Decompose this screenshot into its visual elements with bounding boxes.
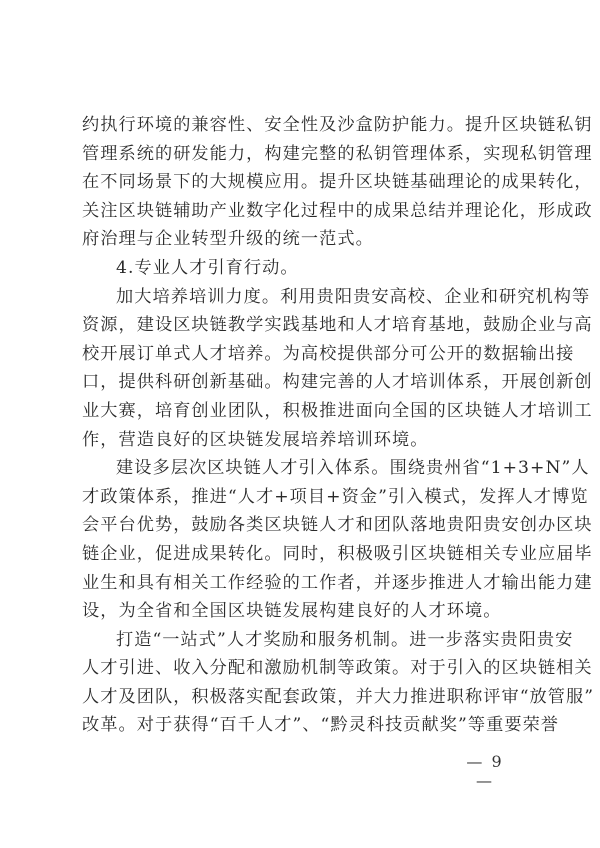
text-line: 链企业，促进成果转化。同时，积极吸引区块链相关专业应届毕 bbox=[82, 540, 518, 569]
body-text: 约执行环境的兼容性、安全性及沙盒防护能力。提升区块链私钥管理系统的研发能力，构建… bbox=[82, 111, 518, 740]
text-line: 校开展订单式人才培养。为高校提供部分可公开的数据输出接 bbox=[82, 340, 518, 369]
document-page: 约执行环境的兼容性、安全性及沙盒防护能力。提升区块链私钥管理系统的研发能力，构建… bbox=[0, 0, 600, 848]
paragraph-first-line: 建设多层次区块链人才引入体系。围绕贵州省“1+3+N”人 bbox=[82, 454, 518, 483]
text-line: 业大赛，培育创业团队，积极推进面向全国的区块链人才培训工 bbox=[82, 397, 518, 426]
text-line: 府治理与企业转型升级的统一范式。 bbox=[82, 225, 518, 254]
paragraph-first-line: 4.专业人才引育行动。 bbox=[82, 254, 518, 283]
text-line: 管理系统的研发能力，构建完整的私钥管理体系，实现私钥管理 bbox=[82, 140, 518, 169]
text-line: 业生和具有相关工作经验的工作者，并逐步推进人才输出能力建 bbox=[82, 569, 518, 598]
page-number: — 9 — bbox=[455, 752, 515, 790]
text-line: 在不同场景下的大规模应用。提升区块链基础理论的成果转化， bbox=[82, 168, 518, 197]
text-line: 改革。对于获得“百千人才”、“黔灵科技贡献奖”等重要荣誉 bbox=[82, 711, 518, 740]
paragraph-first-line: 打造“一站式”人才奖励和服务机制。进一步落实贵阳贵安 bbox=[82, 626, 518, 655]
text-line: 人才引进、收入分配和激励机制等政策。对于引入的区块链相关 bbox=[82, 654, 518, 683]
text-line: 口，提供科研创新基础。构建完善的人才培训体系，开展创新创 bbox=[82, 368, 518, 397]
text-line: 会平台优势，鼓励各类区块链人才和团队落地贵阳贵安创办区块 bbox=[82, 511, 518, 540]
text-line: 作，营造良好的区块链发展培养培训环境。 bbox=[82, 426, 518, 455]
paragraph-first-line: 加大培养培训力度。利用贵阳贵安高校、企业和研究机构等 bbox=[82, 283, 518, 312]
text-line: 关注区块链辅助产业数字化过程中的成果总结并理论化，形成政 bbox=[82, 197, 518, 226]
text-line: 设，为全省和全国区块链发展构建良好的人才环境。 bbox=[82, 597, 518, 626]
text-line: 才政策体系，推进“人才+项目+资金”引入模式，发挥人才博览 bbox=[82, 483, 518, 512]
text-line: 资源，建设区块链教学实践基地和人才培育基地，鼓励企业与高 bbox=[82, 311, 518, 340]
text-line: 人才及团队，积极落实配套政策，并大力推进职称评审“放管服” bbox=[82, 683, 518, 712]
text-line: 约执行环境的兼容性、安全性及沙盒防护能力。提升区块链私钥 bbox=[82, 111, 518, 140]
